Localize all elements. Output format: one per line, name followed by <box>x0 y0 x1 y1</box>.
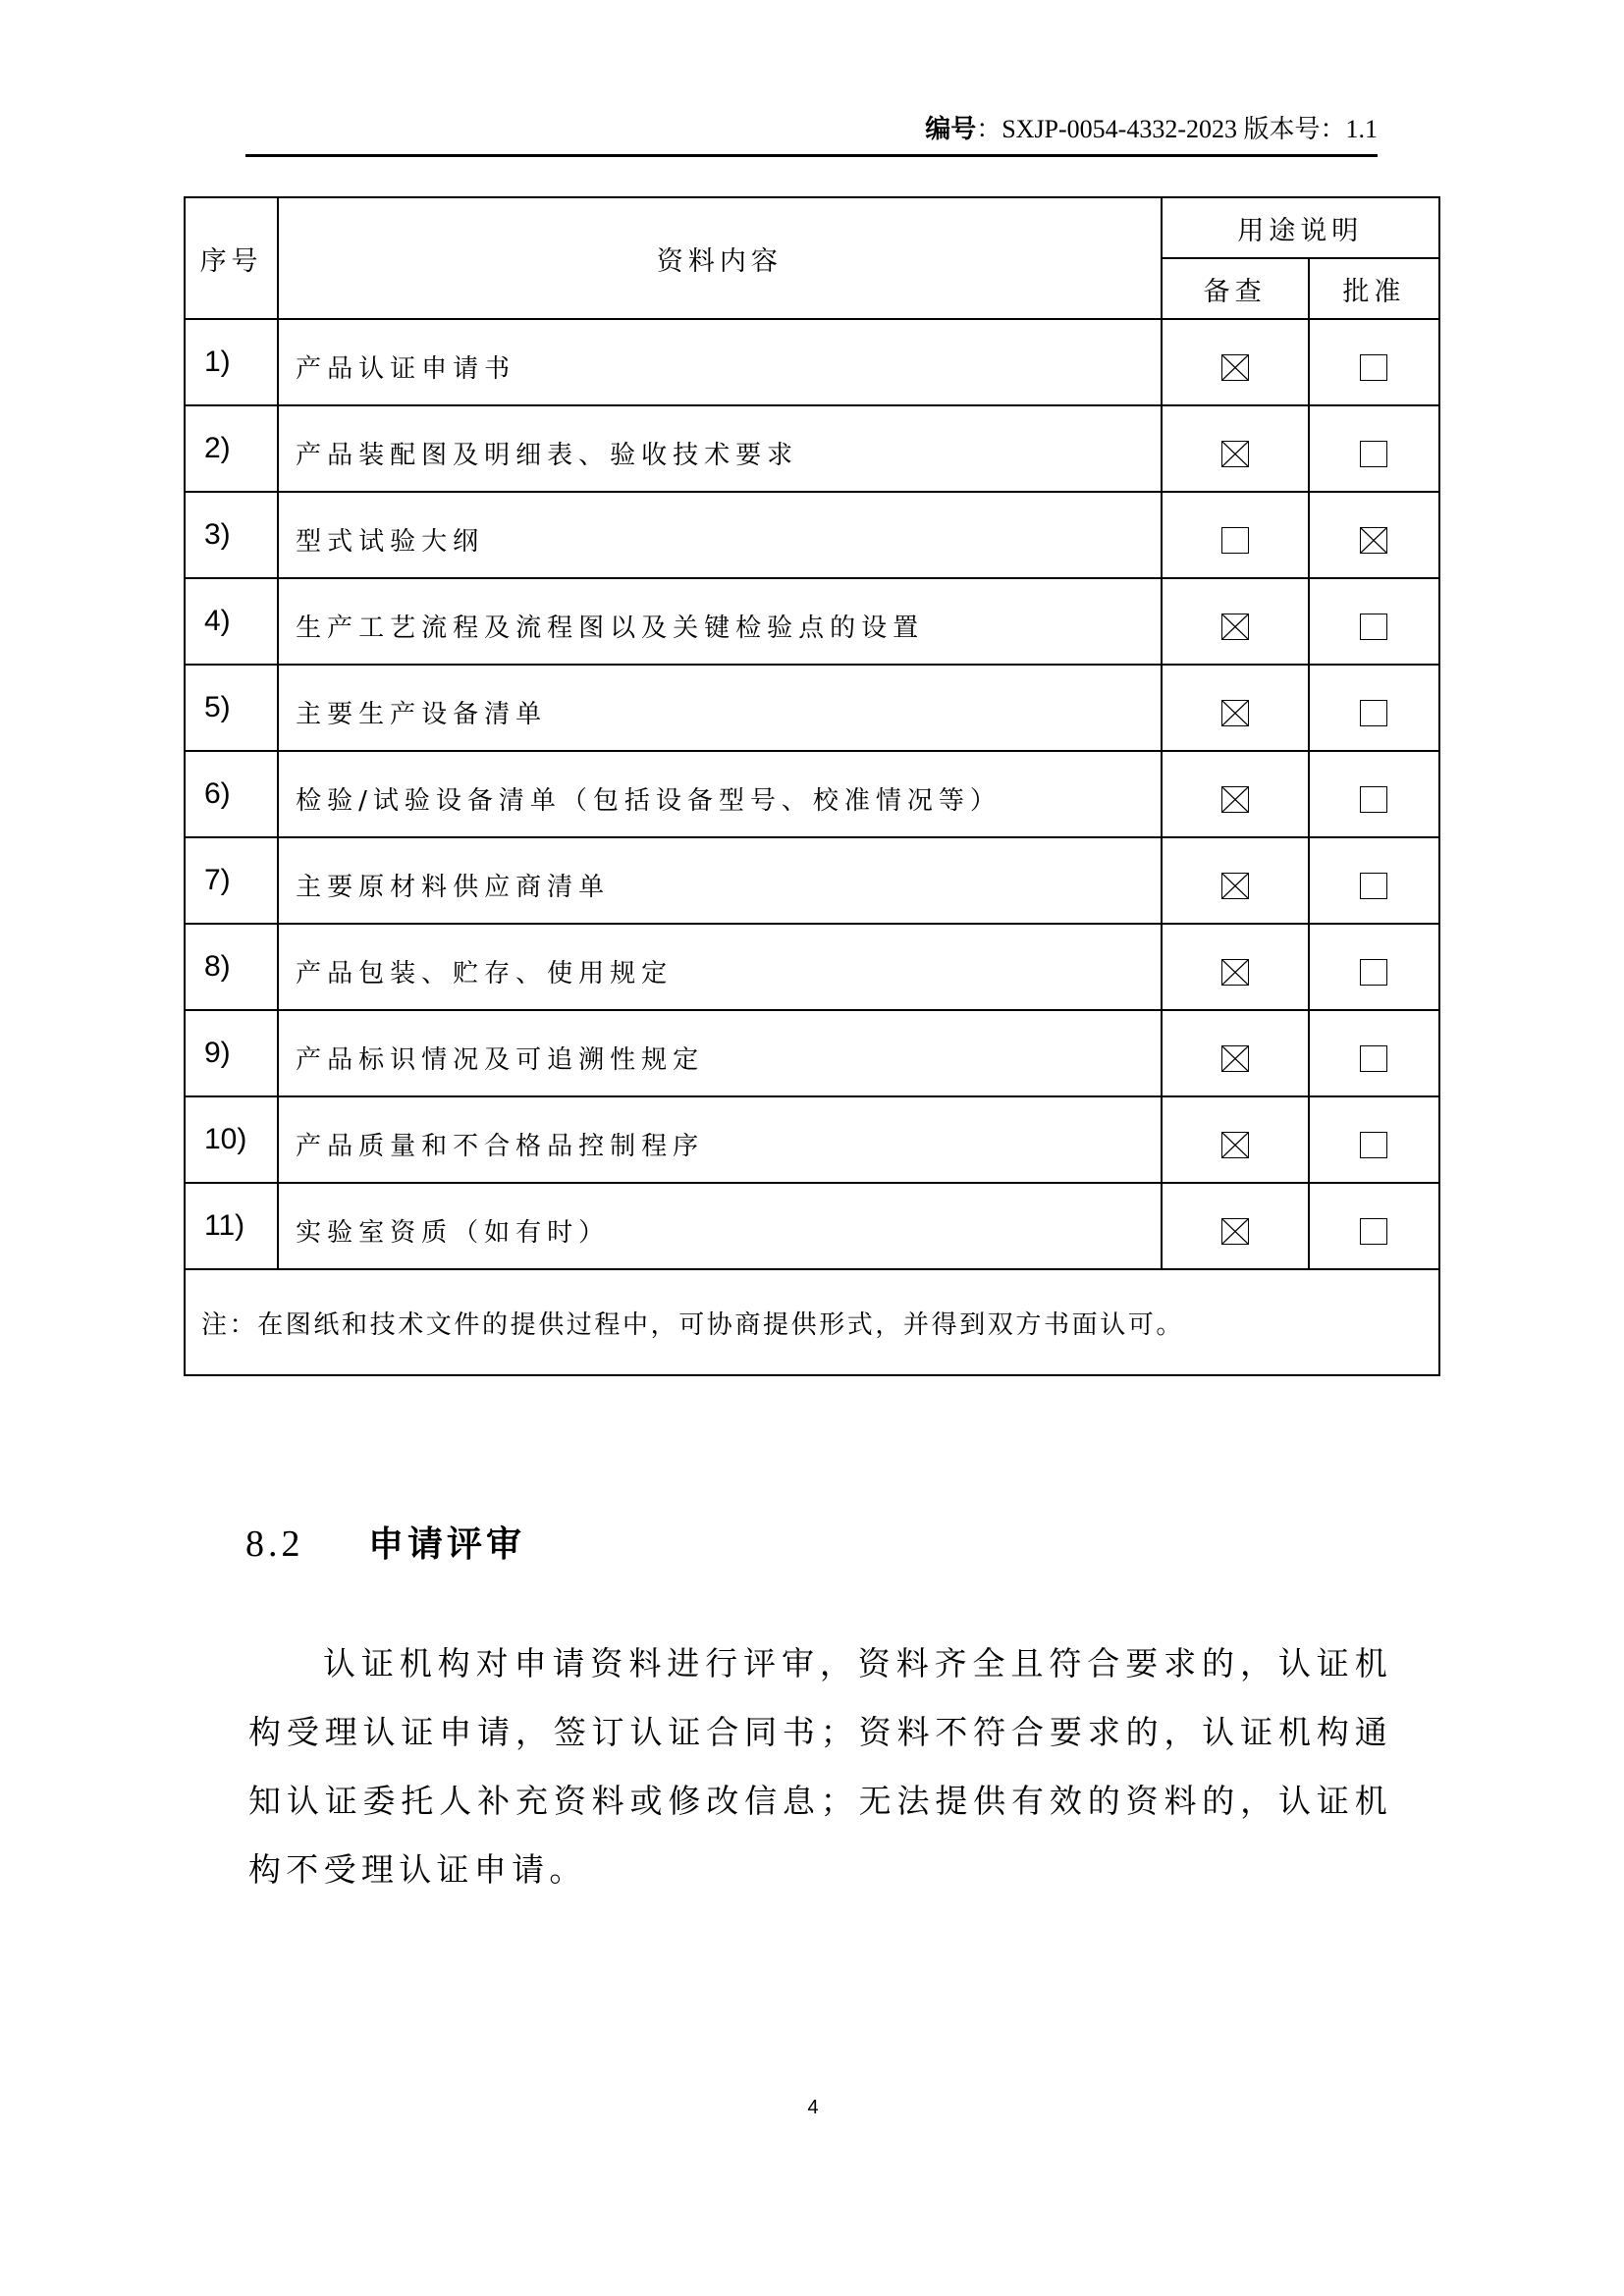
header-usage: 用途说明 <box>1162 197 1439 258</box>
checked-box-icon[interactable] <box>1221 354 1249 381</box>
header-record: 备查 <box>1162 258 1309 319</box>
row-number: 4) <box>185 578 278 665</box>
section-paragraph: 认证机构对申请资料进行评审，资料齐全且符合要求的，认证机构受理认证申请，签订认证… <box>248 1629 1392 1904</box>
row-approve-cell <box>1309 924 1439 1010</box>
unchecked-box-icon[interactable] <box>1360 873 1387 899</box>
unchecked-box-icon[interactable] <box>1360 1132 1387 1158</box>
row-content: 型式试验大纲 <box>278 492 1161 578</box>
row-number: 3) <box>185 492 278 578</box>
checked-box-icon[interactable] <box>1221 873 1249 899</box>
row-number: 8) <box>185 924 278 1010</box>
row-number: 2) <box>185 405 278 492</box>
document-header: 编号：SXJP-0054-4332-2023 版本号：1.1 <box>245 110 1378 149</box>
row-approve-cell <box>1309 665 1439 751</box>
table-row: 8)产品包装、贮存、使用规定 <box>185 924 1439 1010</box>
row-record-cell <box>1162 578 1309 665</box>
row-record-cell <box>1162 1010 1309 1096</box>
row-record-cell <box>1162 1183 1309 1269</box>
header-approve: 批准 <box>1309 258 1439 319</box>
table-header-row: 序号 资料内容 用途说明 <box>185 197 1439 258</box>
checked-box-icon[interactable] <box>1221 614 1249 640</box>
row-record-cell <box>1162 665 1309 751</box>
unchecked-box-icon[interactable] <box>1360 614 1387 640</box>
row-approve-cell <box>1309 319 1439 405</box>
row-content: 产品认证申请书 <box>278 319 1161 405</box>
table-row: 11)实验室资质（如有时） <box>185 1183 1439 1269</box>
row-content: 主要生产设备清单 <box>278 665 1161 751</box>
row-number: 9) <box>185 1010 278 1096</box>
table-row: 10)产品质量和不合格品控制程序 <box>185 1096 1439 1183</box>
unchecked-box-icon[interactable] <box>1360 441 1387 467</box>
table-note: 注：在图纸和技术文件的提供过程中，可协商提供形式，并得到双方书面认可。 <box>185 1269 1439 1375</box>
table-row: 4)生产工艺流程及流程图以及关键检验点的设置 <box>185 578 1439 665</box>
table-row: 5)主要生产设备清单 <box>185 665 1439 751</box>
row-record-cell <box>1162 405 1309 492</box>
section-heading: 8.2申请评审 <box>245 1520 525 1570</box>
row-approve-cell <box>1309 1096 1439 1183</box>
row-number: 1) <box>185 319 278 405</box>
row-content: 生产工艺流程及流程图以及关键检验点的设置 <box>278 578 1161 665</box>
row-approve-cell <box>1309 1010 1439 1096</box>
document-code-value: ：SXJP-0054-4332-2023 版本号：1.1 <box>976 115 1378 143</box>
note-row: 注：在图纸和技术文件的提供过程中，可协商提供形式，并得到双方书面认可。 <box>185 1269 1439 1375</box>
page-number: 4 <box>803 2097 823 2119</box>
unchecked-box-icon[interactable] <box>1360 700 1387 726</box>
header-no: 序号 <box>185 197 278 319</box>
row-approve-cell <box>1309 1183 1439 1269</box>
table-row: 9)产品标识情况及可追溯性规定 <box>185 1010 1439 1096</box>
row-approve-cell <box>1309 837 1439 924</box>
row-content: 实验室资质（如有时） <box>278 1183 1161 1269</box>
checked-box-icon[interactable] <box>1360 527 1387 554</box>
checked-box-icon[interactable] <box>1221 786 1249 813</box>
unchecked-box-icon[interactable] <box>1360 1218 1387 1245</box>
row-content: 产品质量和不合格品控制程序 <box>278 1096 1161 1183</box>
table-row: 3)型式试验大纲 <box>185 492 1439 578</box>
checked-box-icon[interactable] <box>1221 700 1249 726</box>
table-row: 2)产品装配图及明细表、验收技术要求 <box>185 405 1439 492</box>
row-number: 11) <box>185 1183 278 1269</box>
unchecked-box-icon[interactable] <box>1360 786 1387 813</box>
checked-box-icon[interactable] <box>1221 1045 1249 1072</box>
document-code-label: 编号 <box>925 115 976 144</box>
table-row: 1)产品认证申请书 <box>185 319 1439 405</box>
row-content: 主要原材料供应商清单 <box>278 837 1161 924</box>
row-number: 5) <box>185 665 278 751</box>
unchecked-box-icon[interactable] <box>1360 1045 1387 1072</box>
materials-table: 序号 资料内容 用途说明 备查 批准 1)产品认证申请书2)产品装配图及明细表、… <box>184 196 1440 1376</box>
row-content: 产品标识情况及可追溯性规定 <box>278 1010 1161 1096</box>
row-approve-cell <box>1309 578 1439 665</box>
section-number: 8.2 <box>245 1520 368 1569</box>
row-approve-cell <box>1309 405 1439 492</box>
row-content: 产品装配图及明细表、验收技术要求 <box>278 405 1161 492</box>
checked-box-icon[interactable] <box>1221 441 1249 467</box>
row-content: 检验/试验设备清单（包括设备型号、校准情况等） <box>278 751 1161 837</box>
row-number: 10) <box>185 1096 278 1183</box>
row-record-cell <box>1162 319 1309 405</box>
section-title: 申请评审 <box>368 1524 525 1565</box>
header-rule <box>245 154 1378 157</box>
row-content: 产品包装、贮存、使用规定 <box>278 924 1161 1010</box>
row-number: 7) <box>185 837 278 924</box>
row-record-cell <box>1162 751 1309 837</box>
row-approve-cell <box>1309 492 1439 578</box>
row-record-cell <box>1162 492 1309 578</box>
row-record-cell <box>1162 837 1309 924</box>
unchecked-box-icon[interactable] <box>1360 959 1387 986</box>
checked-box-icon[interactable] <box>1221 959 1249 986</box>
row-approve-cell <box>1309 751 1439 837</box>
header-content: 资料内容 <box>278 197 1161 319</box>
row-record-cell <box>1162 924 1309 1010</box>
checked-box-icon[interactable] <box>1221 1132 1249 1158</box>
row-record-cell <box>1162 1096 1309 1183</box>
row-number: 6) <box>185 751 278 837</box>
unchecked-box-icon[interactable] <box>1221 527 1249 554</box>
unchecked-box-icon[interactable] <box>1360 354 1387 381</box>
table-row: 7)主要原材料供应商清单 <box>185 837 1439 924</box>
checked-box-icon[interactable] <box>1221 1218 1249 1245</box>
table-row: 6)检验/试验设备清单（包括设备型号、校准情况等） <box>185 751 1439 837</box>
